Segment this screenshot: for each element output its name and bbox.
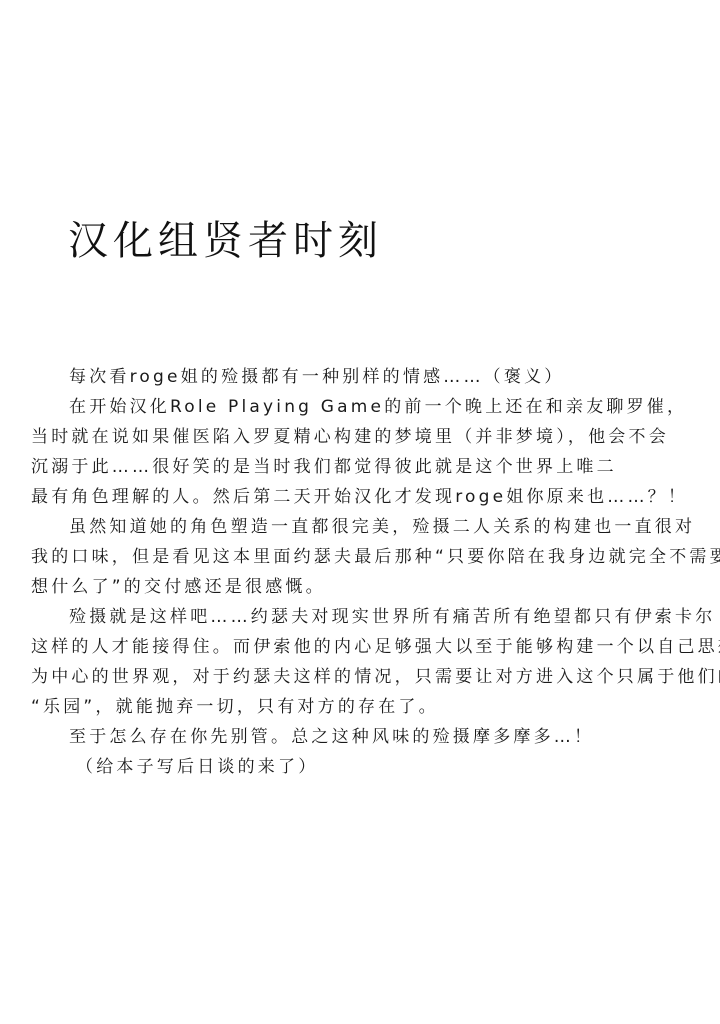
body-line-5: 最有角色理解的人。然后第二天开始汉化才发现roge姐你原来也……？！: [31, 482, 701, 512]
body-line-9: 殓摄就是这样吧……约瑟夫对现实世界所有痛苦所有绝望都只有伊索卡尔: [31, 602, 701, 632]
body-line-2: 在开始汉化Role Playing Game的前一个晚上还在和亲友聊罗催，: [31, 392, 701, 422]
body-line-13: 至于怎么存在你先别管。总之这种风味的殓摄摩多摩多…！: [31, 722, 701, 752]
body-line-1: 每次看roge姐的殓摄都有一种别样的情感……（褒义）: [31, 362, 701, 392]
body-line-11: 为中心的世界观，对于约瑟夫这样的情况，只需要让对方进入这个只属于他们的: [31, 662, 701, 692]
body-line-6: 虽然知道她的角色塑造一直都很完美，殓摄二人关系的构建也一直很对: [31, 512, 701, 542]
afterword-body: 每次看roge姐的殓摄都有一种别样的情感……（褒义） 在开始汉化Role Pla…: [31, 362, 701, 782]
page-title: 汉化组贤者时刻: [68, 216, 383, 266]
body-line-10: 这样的人才能接得住。而伊索他的内心足够强大以至于能够构建一个以自己思想: [31, 632, 701, 662]
body-line-7: 我的口味，但是看见这本里面约瑟夫最后那种“只要你陪在我身边就完全不需要: [31, 542, 701, 572]
body-line-14: （给本子写后日谈的来了）: [31, 752, 701, 782]
document-page: 汉化组贤者时刻 每次看roge姐的殓摄都有一种别样的情感……（褒义） 在开始汉化…: [0, 0, 720, 1024]
body-line-8: 想什么了”的交付感还是很感慨。: [31, 572, 701, 602]
body-line-3: 当时就在说如果催医陷入罗夏精心构建的梦境里（并非梦境），他会不会: [31, 422, 701, 452]
body-line-4: 沉溺于此……很好笑的是当时我们都觉得彼此就是这个世界上唯二: [31, 452, 701, 482]
body-line-12: “乐园”，就能抛弃一切，只有对方的存在了。: [31, 692, 701, 722]
